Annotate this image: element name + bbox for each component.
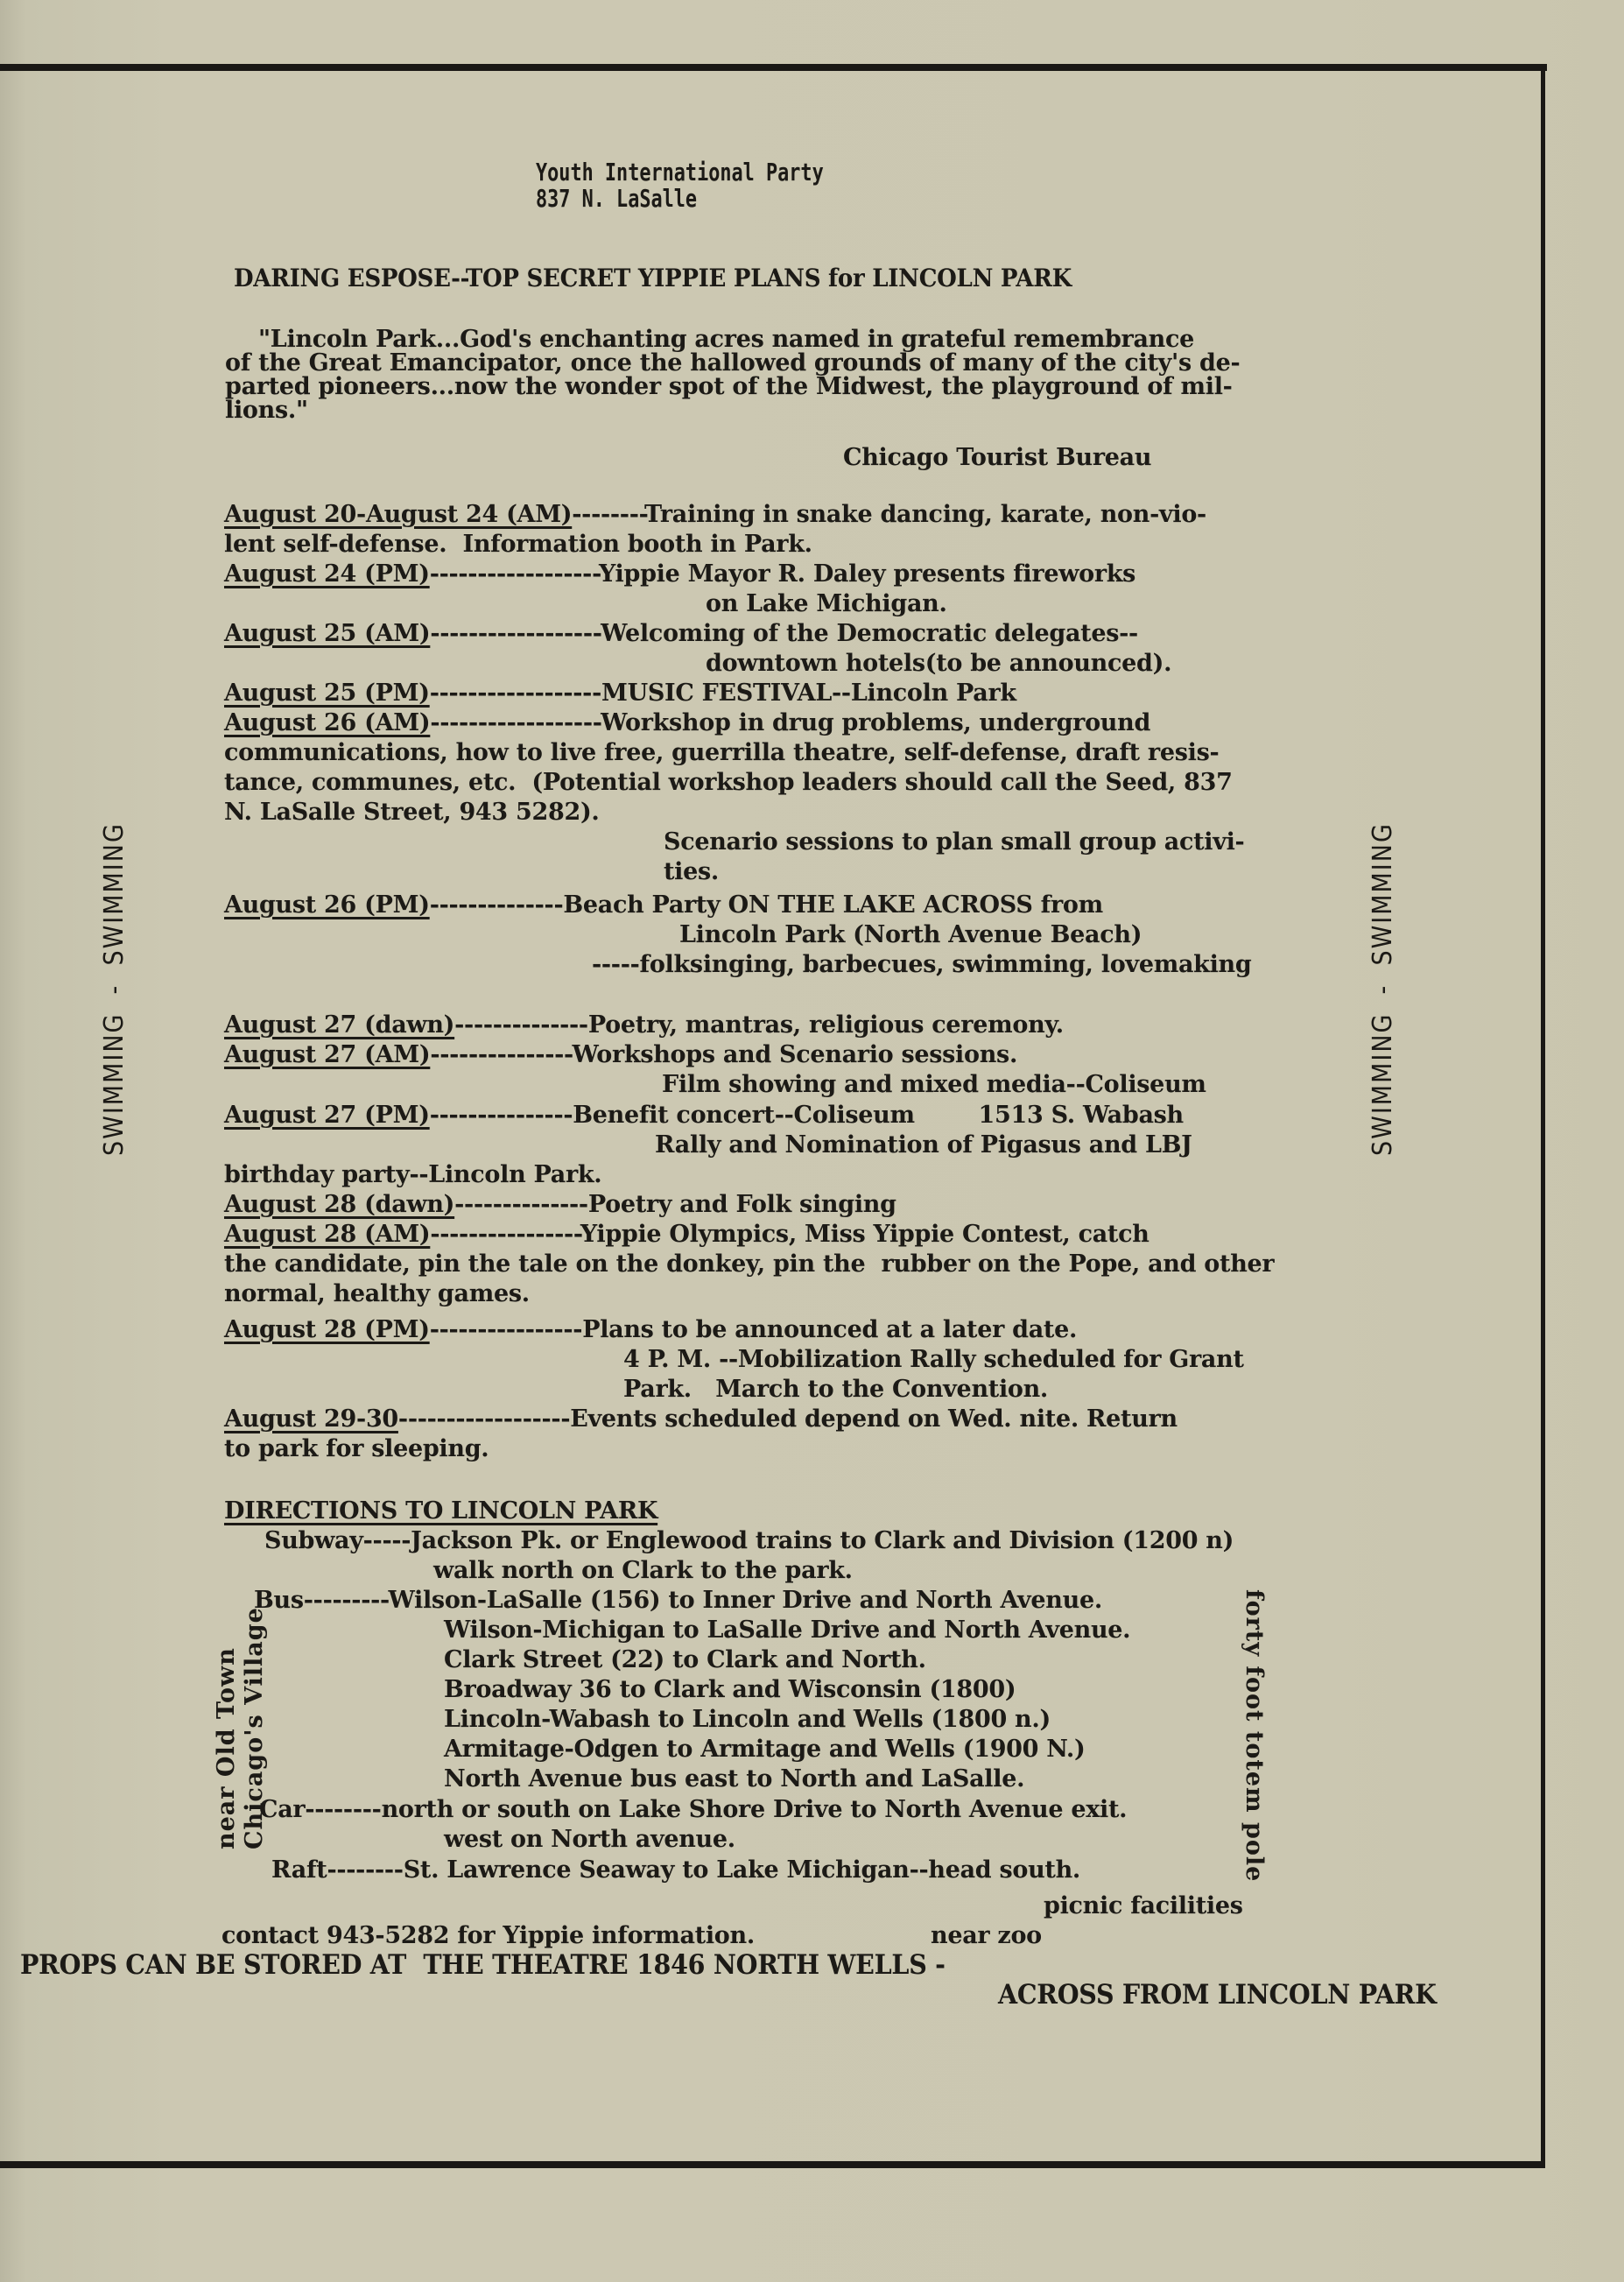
- schedule-row: August 27 (dawn)--------------Poetry, ma…: [224, 1011, 1064, 1039]
- schedule-row: August 28 (PM)----------------Plans to b…: [224, 1316, 1077, 1344]
- schedule-desc: Plans to be announced at a later date.: [582, 1316, 1077, 1343]
- schedule-desc: normal, healthy games.: [224, 1280, 530, 1308]
- schedule-row: August 28 (dawn)--------------Poetry and…: [224, 1191, 896, 1219]
- schedule-desc: Park. March to the Convention.: [623, 1376, 1048, 1404]
- frame-border-top: [0, 64, 1547, 71]
- schedule-desc: birthday party--Lincoln Park.: [224, 1161, 601, 1189]
- zoo-note: near zoo: [931, 1922, 1042, 1950]
- schedule-desc: -----folksinging, barbecues, swimming, l…: [592, 951, 1251, 979]
- side-label-right: SWIMMING - SWIMMING: [1367, 822, 1398, 1156]
- schedule-row: August 25 (PM)------------------MUSIC FE…: [224, 680, 1016, 708]
- schedule-desc: 4 P. M. --Mobilization Rally scheduled f…: [623, 1346, 1244, 1374]
- direction-raft: Raft--------St. Lawrence Seaway to Lake …: [271, 1856, 1080, 1884]
- schedule-date: August 27 (AM): [224, 1041, 430, 1068]
- direction-subway: Subway-----Jackson Pk. or Englewood trai…: [264, 1527, 1234, 1555]
- schedule-row: August 26 (AM)------------------Workshop…: [224, 709, 1150, 737]
- schedule-row: August 29-30------------------Events sch…: [224, 1405, 1178, 1433]
- directions-heading: DIRECTIONS TO LINCOLN PARK: [224, 1497, 657, 1525]
- schedule-date: August 25 (AM): [224, 620, 430, 647]
- schedule-desc: MUSIC FESTIVAL--Lincoln Park: [601, 680, 1016, 707]
- quote-line: lions.": [225, 397, 308, 425]
- schedule-desc: Workshop in drug problems, underground: [601, 709, 1150, 736]
- schedule-date: August 27 (PM): [224, 1102, 430, 1129]
- schedule-row: August 27 (PM)---------------Benefit con…: [224, 1102, 1184, 1130]
- schedule-desc: Training in snake dancing, karate, non-v…: [644, 501, 1206, 528]
- schedule-date: August 28 (AM): [224, 1221, 430, 1248]
- schedule-desc: Yippie Mayor R. Daley presents fireworks: [599, 560, 1135, 588]
- direction-bus: Bus---------Wilson-LaSalle (156) to Inne…: [254, 1587, 1102, 1615]
- direction-line: Broadway 36 to Clark and Wisconsin (1800…: [444, 1676, 1016, 1704]
- schedule-date: August 25 (PM): [224, 680, 430, 707]
- schedule-desc: Poetry, mantras, religious ceremony.: [588, 1011, 1064, 1039]
- schedule-desc: Poetry and Folk singing: [588, 1191, 896, 1218]
- contact-line: contact 943-5282 for Yippie information.: [221, 1922, 755, 1950]
- page-title: DARING ESPOSE--TOP SECRET YIPPIE PLANS f…: [234, 264, 1072, 292]
- quote-attribution: Chicago Tourist Bureau: [843, 444, 1151, 472]
- schedule-desc: lent self-defense. Information booth in …: [224, 531, 812, 559]
- schedule-row: August 24 (PM)------------------Yippie M…: [224, 560, 1135, 588]
- schedule-desc: Lincoln Park (North Avenue Beach): [679, 921, 1142, 949]
- direction-line: Armitage-Odgen to Armitage and Wells (19…: [444, 1736, 1085, 1764]
- props-line-1: PROPS CAN BE STORED AT THE THEATRE 1846 …: [20, 1951, 946, 1979]
- picnic-note: picnic facilities: [1044, 1892, 1243, 1920]
- schedule-row: August 26 (PM)--------------Beach Party …: [224, 891, 1103, 919]
- side-note-old-town: near Old Town: [213, 1647, 240, 1849]
- frame-border-bottom: [0, 2161, 1545, 2168]
- schedule-desc: Yippie Olympics, Miss Yippie Contest, ca…: [580, 1221, 1149, 1248]
- direction-line: North Avenue bus east to North and LaSal…: [444, 1765, 1024, 1793]
- schedule-desc: Benefit concert--Coliseum 1513 S. Wabash: [573, 1102, 1184, 1129]
- mode-label: Subway: [264, 1527, 363, 1554]
- schedule-date: August 29-30: [224, 1405, 398, 1433]
- schedule-date: August 26 (PM): [224, 891, 430, 919]
- schedule-desc: on Lake Michigan.: [706, 590, 947, 618]
- org-name: Youth International Party: [536, 158, 824, 187]
- schedule-row: August 20-August 24 (AM)--------Training…: [224, 501, 1206, 529]
- schedule-date: August 24 (PM): [224, 560, 430, 588]
- schedule-row: August 25 (AM)------------------Welcomin…: [224, 620, 1138, 648]
- schedule-desc: ties.: [664, 858, 719, 886]
- schedule-desc: the candidate, pin the tale on the donke…: [224, 1250, 1274, 1278]
- schedule-desc: N. LaSalle Street, 943 5282).: [224, 799, 600, 827]
- schedule-date: August 26 (AM): [224, 709, 430, 736]
- schedule-desc: Scenario sessions to plan small group ac…: [664, 828, 1244, 856]
- props-line-2: ACROSS FROM LINCOLN PARK: [998, 1981, 1437, 2009]
- direction-line: Lincoln-Wabash to Lincoln and Wells (180…: [444, 1706, 1051, 1734]
- schedule-desc: Film showing and mixed media--Coliseum: [662, 1071, 1206, 1099]
- mode-label: Raft: [271, 1856, 327, 1884]
- direction-car: Car--------north or south on Lake Shore …: [259, 1796, 1127, 1824]
- schedule-date: August 28 (dawn): [224, 1191, 454, 1218]
- side-label-left: SWIMMING - SWIMMING: [99, 822, 130, 1156]
- direction-line: Clark Street (22) to Clark and North.: [444, 1646, 926, 1674]
- schedule-desc: tance, communes, etc. (Potential worksho…: [224, 769, 1233, 797]
- schedule-desc: Events scheduled depend on Wed. nite. Re…: [570, 1405, 1178, 1433]
- quote-line: parted pioneers...now the wonder spot of…: [225, 373, 1233, 401]
- direction-line: walk north on Clark to the park.: [433, 1557, 853, 1585]
- schedule-date: August 27 (dawn): [224, 1011, 454, 1039]
- side-note-chicagos-village: Chicago's Village: [241, 1607, 268, 1849]
- schedule-desc: Rally and Nomination of Pigasus and LBJ: [655, 1131, 1192, 1159]
- schedule-desc: downtown hotels(to be announced).: [706, 650, 1171, 678]
- schedule-desc: Beach Party ON THE LAKE ACROSS from: [563, 891, 1103, 919]
- schedule-desc: to park for sleeping.: [224, 1435, 489, 1463]
- schedule-desc: communications, how to live free, guerri…: [224, 739, 1219, 767]
- side-note-totem-pole: forty foot totem pole: [1241, 1589, 1268, 1882]
- direction-line: Wilson-Michigan to LaSalle Drive and Nor…: [444, 1616, 1130, 1645]
- schedule-date: August 20-August 24 (AM): [224, 501, 572, 528]
- org-address: 837 N. LaSalle: [536, 185, 697, 213]
- schedule-desc: Welcoming of the Democratic delegates--: [601, 620, 1138, 647]
- schedule-desc: Workshops and Scenario sessions.: [572, 1041, 1017, 1068]
- schedule-row: August 27 (AM)---------------Workshops a…: [224, 1041, 1017, 1069]
- schedule-date: August 28 (PM): [224, 1316, 430, 1343]
- direction-line: west on North avenue.: [444, 1826, 735, 1854]
- schedule-row: August 28 (AM)----------------Yippie Oly…: [224, 1221, 1149, 1249]
- frame-border-right: [1541, 64, 1545, 2168]
